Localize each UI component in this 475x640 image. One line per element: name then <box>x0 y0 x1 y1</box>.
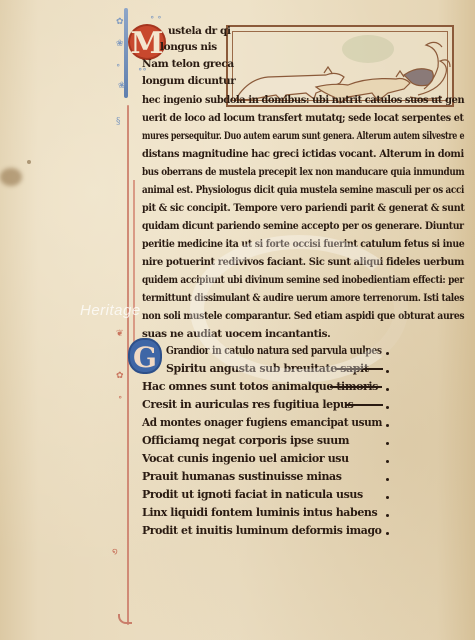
penwork-flourish: ✿ <box>116 372 124 381</box>
verse-line: Prodit ut ignoti faciat in naticula usus <box>142 488 363 501</box>
verse-punctus <box>386 496 389 499</box>
watermark-text: Heritage <box>80 302 141 319</box>
text-line: uerit de loco ad locum transfert mutatq;… <box>142 112 464 124</box>
verse-punctus <box>386 424 389 427</box>
text-line: longum dicuntur <box>142 75 235 87</box>
text-line: distans magnitudine hac greci ictidas vo… <box>142 148 464 160</box>
watermark-logo <box>190 235 408 383</box>
verse-punctus <box>386 460 389 463</box>
verse-line: Officiamq negat corporis ipse suum <box>142 434 349 447</box>
text-line: Nam telon greca <box>142 58 234 70</box>
border-terminal-flourish <box>118 614 132 624</box>
verse-punctus <box>386 370 389 373</box>
verse-line: Linx liquidi fontem luminis intus habens <box>142 506 377 519</box>
penwork-flourish: ∘ ∘ <box>150 14 162 23</box>
decorated-initial-g: G <box>128 338 162 374</box>
verse-punctus <box>386 442 389 445</box>
line-filler-stroke <box>330 386 382 388</box>
verse-line: Ad montes onager fugiens emancipat usum <box>142 416 382 429</box>
verse-line: Vocat cunis ingenio uel amicior usu <box>142 452 349 465</box>
text-line: hec ingenio subdola in domibus: ubi nutr… <box>142 94 464 106</box>
manuscript-page: ✿ ∘ ∘ ❀ ∘ ❀ ∘∘ § ❦ ✿ ∘ ໑ M G ustela dr q… <box>0 0 475 640</box>
verse-line: Cresit in auriculas res fugitiua lepus <box>142 398 353 411</box>
penwork-flourish: § <box>116 118 121 127</box>
verse-line: Prodit et inuitis luminum deformis imago <box>142 524 382 537</box>
red-penwork-inner-border <box>133 180 135 350</box>
verse-punctus <box>386 532 389 535</box>
penwork-flourish: ໑ <box>112 548 118 557</box>
penwork-flourish: ❀ <box>118 82 126 91</box>
verse-line: Prauit humanas sustinuisse minas <box>142 470 342 483</box>
verse-punctus <box>386 514 389 517</box>
text-line: longus nis <box>160 41 217 53</box>
verse-punctus <box>386 388 389 391</box>
text-line: animal est. Physiologus dicit quia muste… <box>142 184 464 196</box>
parchment-stain <box>0 168 22 186</box>
penwork-flourish: ❀ <box>116 40 124 49</box>
text-line: mures persequitur. Duo autem earum sunt … <box>142 130 464 142</box>
penwork-flourish: ✿ <box>116 18 124 27</box>
text-line: quidam dicunt pariendo semine accepto pe… <box>142 220 464 232</box>
penwork-flourish: ❦ <box>116 330 124 339</box>
text-line: ustela dr qi <box>168 25 231 37</box>
verse-punctus <box>386 478 389 481</box>
penwork-flourish: ∘ <box>116 62 120 71</box>
verse-punctus <box>386 406 389 409</box>
text-line: pit & sic concipit. Tempore vero pariend… <box>142 202 464 214</box>
text-line: bus oberrans de mustela precepit lex non… <box>142 166 464 178</box>
penwork-flourish: ∘ <box>118 394 122 403</box>
parchment-spot <box>27 160 31 164</box>
line-filler-stroke <box>345 404 383 406</box>
